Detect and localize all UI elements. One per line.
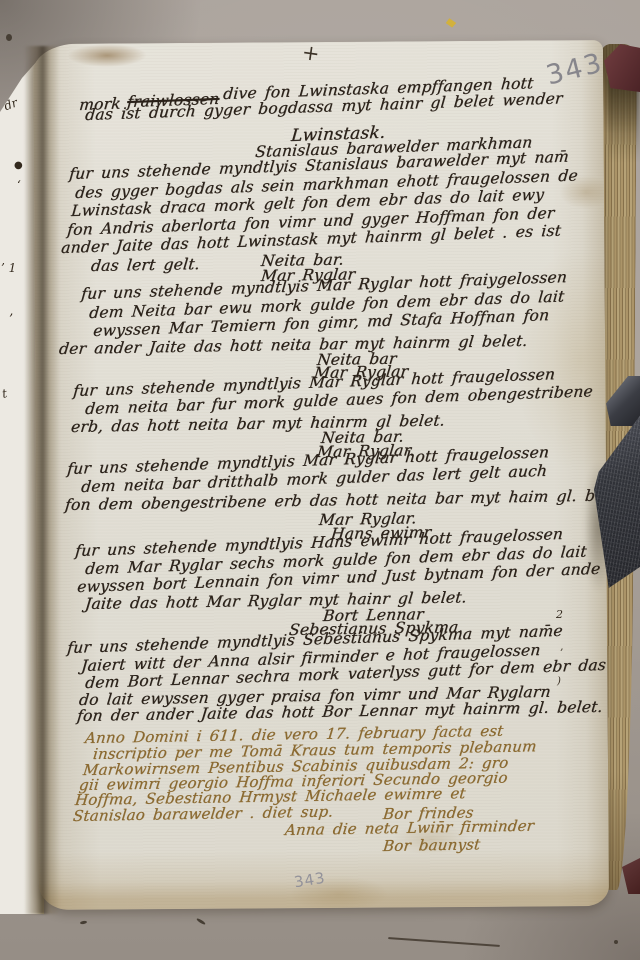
margin-mark: ’ 1 — [1, 261, 16, 275]
debris-speck — [614, 940, 618, 944]
margin-mark: ’ — [560, 648, 563, 659]
folio-number-bottom-pencil: 343 — [293, 869, 327, 892]
handwriting-layer: + 343 343 morkfraiwlossendive fon Lwinst… — [0, 0, 640, 960]
margin-mark: dr — [2, 95, 19, 113]
margin-mark: ● — [14, 160, 23, 171]
manuscript-line: das lert gelt. — [90, 255, 201, 275]
debris-speck — [6, 34, 12, 41]
manuscript-photo: + 343 343 morkfraiwlossendive fon Lwinst… — [0, 0, 640, 960]
margin-mark: ʻ — [17, 178, 21, 192]
margin-mark: 2 — [556, 608, 563, 621]
cross-mark: + — [300, 40, 321, 66]
manuscript-line: Bor baunyst — [382, 835, 481, 855]
margin-mark: ) — [557, 676, 561, 687]
margin-mark: t — [1, 386, 8, 401]
folio-number-top-pencil: 343 — [543, 47, 606, 91]
margin-mark: ’ — [9, 312, 13, 327]
